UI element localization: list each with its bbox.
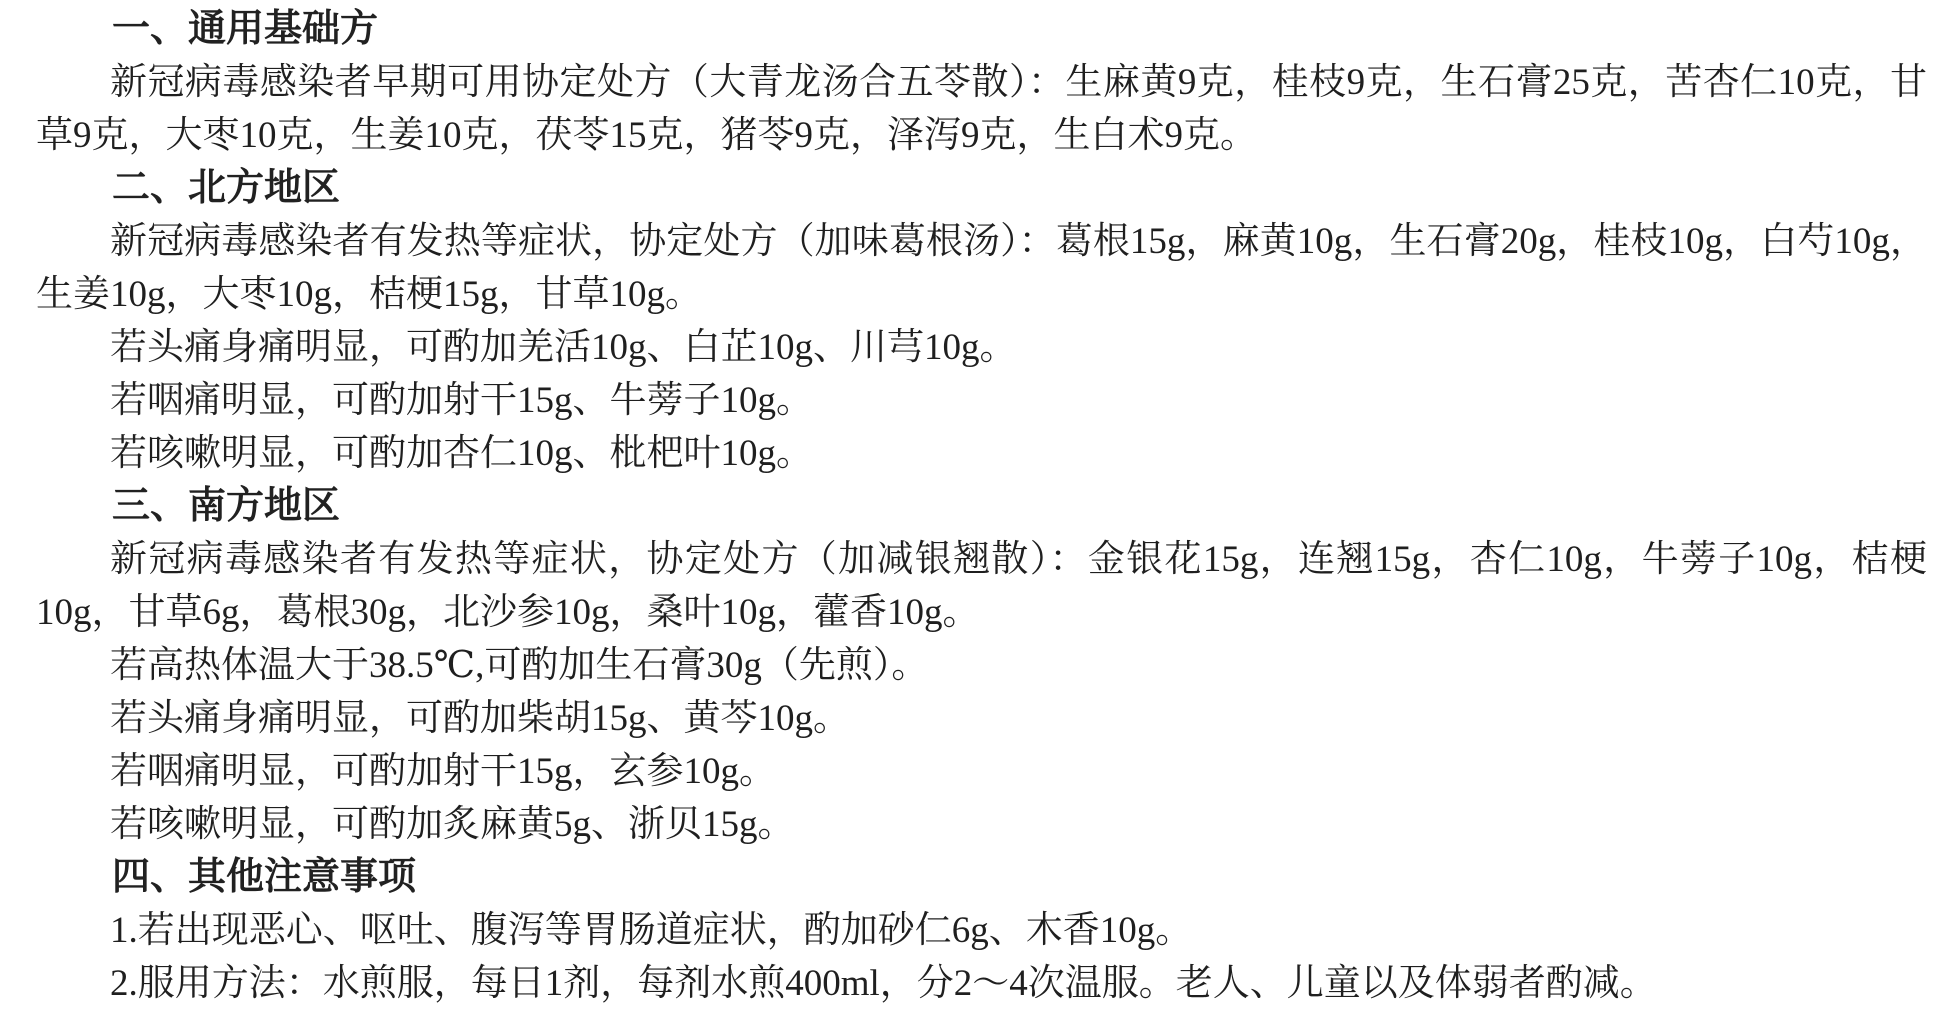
paragraph-northern-headache-addition: 若头痛身痛明显，可酌加羌活10g、白芷10g、川芎10g。 [36,321,1927,374]
section-heading-general-base-formula: 一、通用基础方 [36,3,1927,56]
paragraph-southern-highfever-addition: 若高热体温大于38.5℃,可酌加生石膏30g（先煎）。 [36,639,1927,692]
document-page: 一、通用基础方 新冠病毒感染者早期可用协定处方（大青龙汤合五苓散）：生麻黄9克，… [0,0,1935,1020]
paragraph-note-gastrointestinal: 1.若出现恶心、呕吐、腹泻等胃肠道症状，酌加砂仁6g、木香10g。 [36,904,1927,957]
section-heading-northern-region: 二、北方地区 [36,162,1927,215]
section-heading-other-notes: 四、其他注意事项 [36,851,1927,904]
paragraph-southern-cough-addition: 若咳嗽明显，可酌加炙麻黄5g、浙贝15g。 [36,798,1927,851]
paragraph-southern-sorethroat-addition: 若咽痛明显，可酌加射干15g，玄参10g。 [36,745,1927,798]
paragraph-note-usage-method: 2.服用方法：水煎服，每日1剂，每剂水煎400ml，分2～4次温服。老人、儿童以… [36,957,1927,1010]
paragraph-southern-formula: 新冠病毒感染者有发热等症状，协定处方（加减银翘散）：金银花15g，连翘15g，杏… [36,533,1927,639]
paragraph-northern-cough-addition: 若咳嗽明显，可酌加杏仁10g、枇杷叶10g。 [36,427,1927,480]
paragraph-southern-headache-addition: 若头痛身痛明显，可酌加柴胡15g、黄芩10g。 [36,692,1927,745]
paragraph-general-base-formula: 新冠病毒感染者早期可用协定处方（大青龙汤合五苓散）：生麻黄9克，桂枝9克，生石膏… [36,56,1927,162]
paragraph-northern-sorethroat-addition: 若咽痛明显，可酌加射干15g、牛蒡子10g。 [36,374,1927,427]
section-heading-southern-region: 三、南方地区 [36,480,1927,533]
paragraph-northern-formula: 新冠病毒感染者有发热等症状，协定处方（加味葛根汤）：葛根15g，麻黄10g，生石… [36,215,1927,321]
